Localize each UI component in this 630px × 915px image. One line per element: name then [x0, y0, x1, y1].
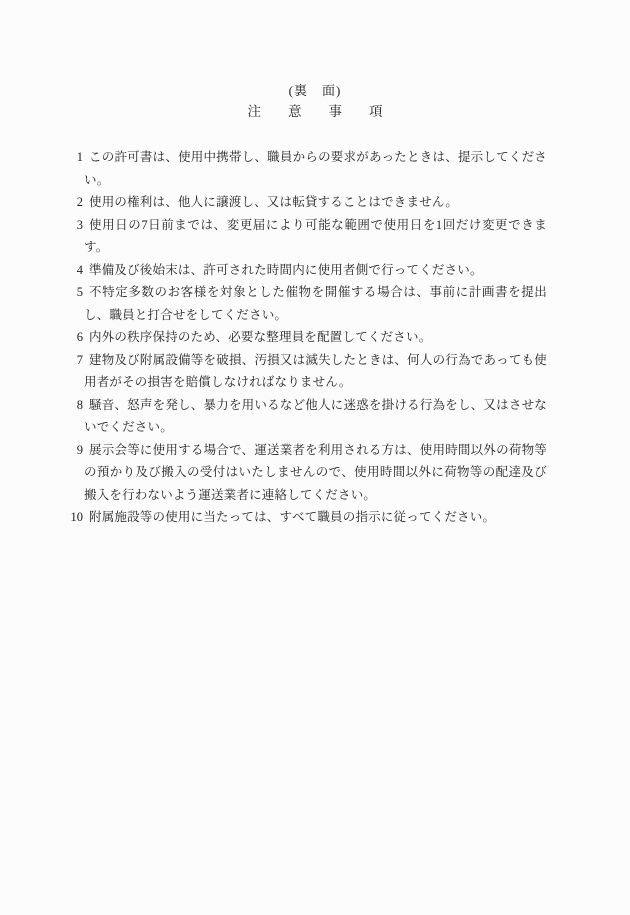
notice-item-text: この許可書は、使用中携帯し、職員からの要求があったときは、提示してください。 [84, 150, 547, 187]
notice-item-text: 騒音、怒声を発し、暴力を用いるなど他人に迷惑を掛ける行為をし、又はさせないでくだ… [84, 398, 547, 435]
notice-item: 7 建物及び附属設備等を破損、汚損又は滅失したときは、何人の行為であっても使用者… [61, 349, 547, 394]
notice-item: 2 使用の権利は、他人に譲渡し、又は転貸することはできません。 [61, 191, 547, 214]
notice-item: 6 内外の秩序保持のため、必要な整理員を配置してください。 [61, 326, 547, 349]
notice-item: 5 不特定多数のお客様を対象とした催物を開催する場合は、事前に計画書を提出し、職… [61, 281, 547, 326]
page-header: (裏 面) 注 意 事 項 [0, 80, 630, 122]
notice-item: 4 準備及び後始末は、許可された時間内に使用者側で行ってください。 [61, 259, 547, 282]
notice-item-text: 不特定多数のお客様を対象とした催物を開催する場合は、事前に計画書を提出し、職員と… [84, 285, 547, 322]
notice-item-text: 建物及び附属設備等を破損、汚損又は滅失したときは、何人の行為であっても使用者がそ… [84, 353, 547, 390]
notice-item-number: 5 [61, 281, 83, 304]
notice-item-text: 使用の権利は、他人に譲渡し、又は転貸することはできません。 [89, 195, 458, 209]
notice-item: 3 使用日の7日前までは、変更届により可能な範囲で使用日を1回だけ変更できます。 [61, 214, 547, 259]
page-title: 注 意 事 項 [0, 101, 630, 122]
notice-item: 9 展示会等に使用する場合で、運送業者を利用される方は、使用時間以外の荷物等の預… [61, 439, 547, 507]
notice-item-number: 2 [61, 191, 83, 214]
notice-item-text: 準備及び後始末は、許可された時間内に使用者側で行ってください。 [89, 263, 483, 277]
document-page: (裏 面) 注 意 事 項 1 この許可書は、使用中携帯し、職員からの要求があっ… [0, 0, 630, 915]
notice-item-text: 内外の秩序保持のため、必要な整理員を配置してください。 [89, 330, 431, 344]
notice-item: 8 騒音、怒声を発し、暴力を用いるなど他人に迷惑を掛ける行為をし、又はさせないで… [61, 394, 547, 439]
notice-item-number: 6 [61, 326, 83, 349]
side-label: (裏 面) [0, 80, 630, 101]
notice-item-number: 4 [61, 259, 83, 282]
notice-item: 1 この許可書は、使用中携帯し、職員からの要求があったときは、提示してください。 [61, 146, 547, 191]
notice-item-number: 9 [61, 439, 83, 462]
notice-item-text: 使用日の7日前までは、変更届により可能な範囲で使用日を1回だけ変更できます。 [84, 218, 547, 255]
notice-item-number: 7 [61, 349, 83, 372]
notice-item: 10 附属施設等の使用に当たっては、すべて職員の指示に従ってください。 [61, 506, 547, 529]
notice-item-text: 展示会等に使用する場合で、運送業者を利用される方は、使用時間以外の荷物等の預かり… [84, 443, 547, 502]
notice-item-number: 3 [61, 214, 83, 237]
notice-item-number: 1 [61, 146, 83, 169]
notice-item-text: 附属施設等の使用に当たっては、すべて職員の指示に従ってください。 [89, 510, 495, 524]
notice-item-number: 10 [61, 506, 83, 529]
notice-list: 1 この許可書は、使用中携帯し、職員からの要求があったときは、提示してください。… [61, 146, 547, 529]
notice-item-number: 8 [61, 394, 83, 417]
